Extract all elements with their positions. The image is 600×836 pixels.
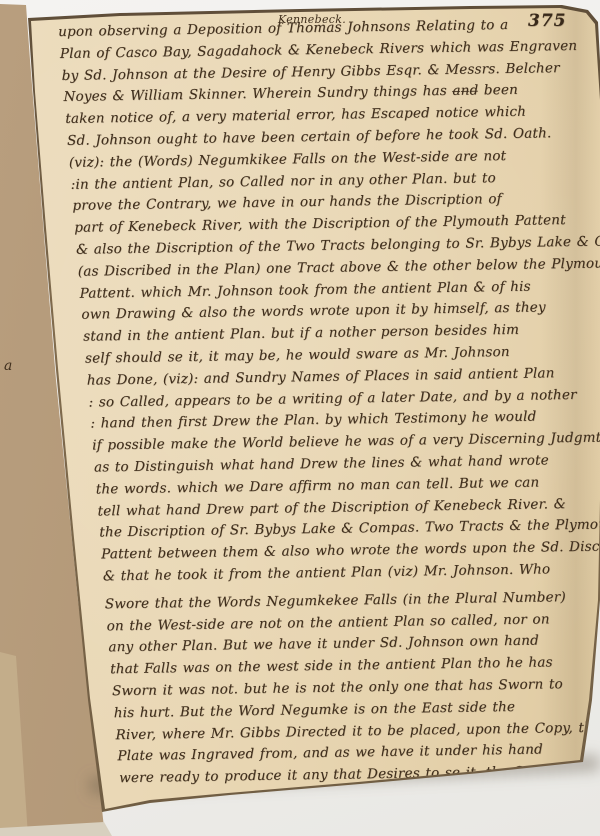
manuscript-lines: upon observing a Deposition of Thomas Jo…	[0, 14, 600, 792]
margin-ink-mark: a	[4, 358, 12, 374]
manuscript-photo: a Kennebeck. 375 upon observing a Deposi…	[0, 0, 600, 836]
